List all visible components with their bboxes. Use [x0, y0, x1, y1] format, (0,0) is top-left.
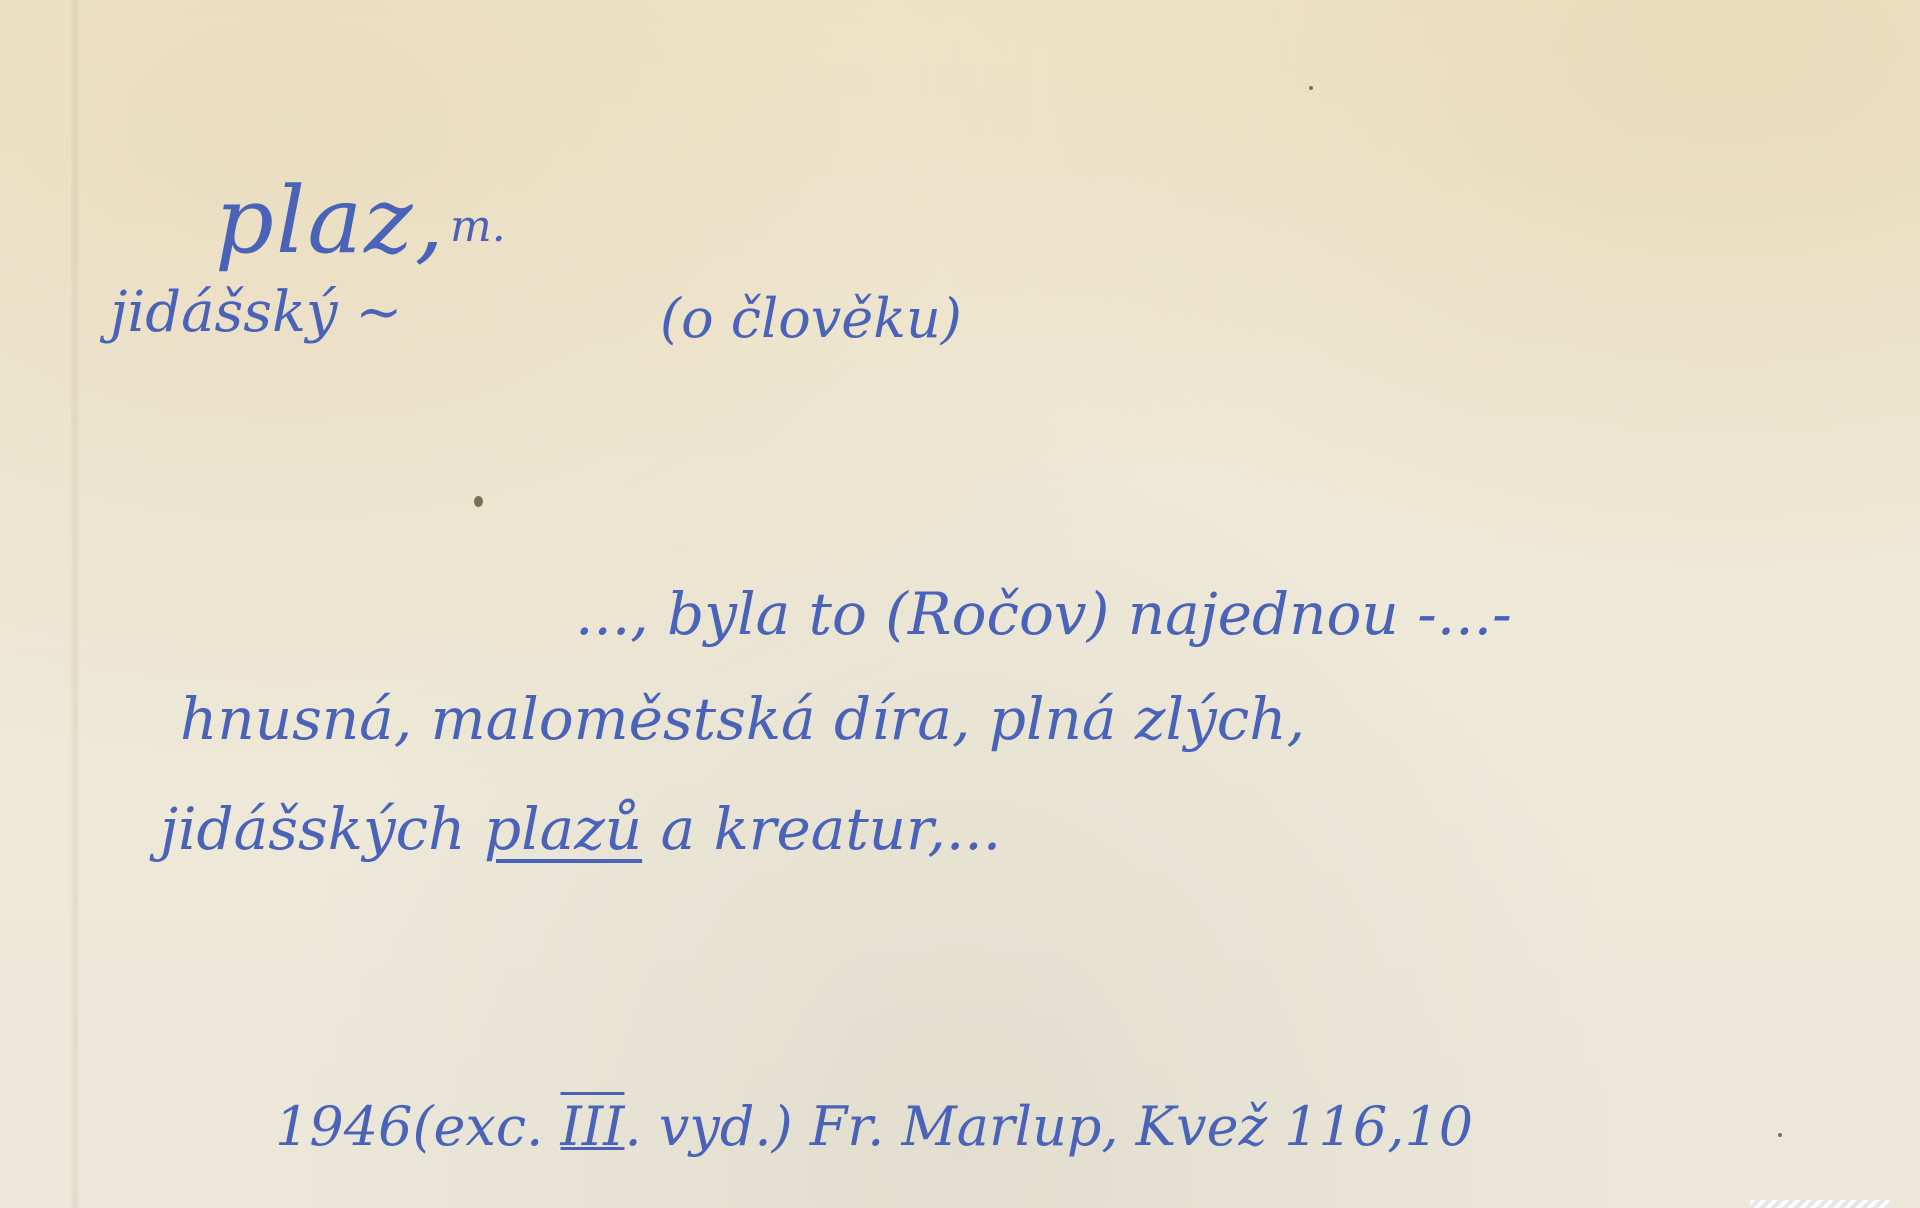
- quote-text: a kreatur,...: [642, 795, 1001, 863]
- usage-note: (o člověku): [660, 292, 962, 346]
- quote-line-1: ..., byla to (Ročov) najednou -...-: [575, 585, 1512, 643]
- index-card: plaz, m. jidášský ~ (o člověku) ..., byl…: [0, 0, 1920, 1208]
- source-year: 1946: [275, 1095, 412, 1158]
- grammar-label: m.: [450, 205, 506, 249]
- quote-line-3: jidášských plazů a kreatur,...: [160, 800, 1001, 858]
- headword: plaz,: [215, 175, 446, 267]
- source-citation: 1946(exc. III. vyd.) Fr. Marlup, Kvež 11…: [275, 1100, 1473, 1154]
- edition-prefix: (exc.: [412, 1095, 560, 1158]
- source-locator: 116,10: [1284, 1095, 1473, 1158]
- edition-suffix: . vyd.): [625, 1095, 793, 1158]
- edition-number: III: [561, 1095, 625, 1158]
- source-author: Fr. Marlup,: [810, 1095, 1119, 1158]
- source-work: Kvež: [1136, 1095, 1267, 1158]
- paper-speck: [1778, 1133, 1782, 1137]
- collocation-phrase: jidášský ~: [110, 285, 402, 341]
- quote-line-2: hnusná, maloměstská díra, plná zlých,: [180, 690, 1305, 748]
- paper-speck: [1309, 86, 1313, 90]
- paper-speck: [474, 496, 483, 507]
- scan-edge-mark: [1750, 1200, 1890, 1208]
- paper-fold-line: [70, 0, 80, 1208]
- quote-text: jidášských: [160, 795, 484, 863]
- highlighted-headword: plazů: [484, 795, 642, 863]
